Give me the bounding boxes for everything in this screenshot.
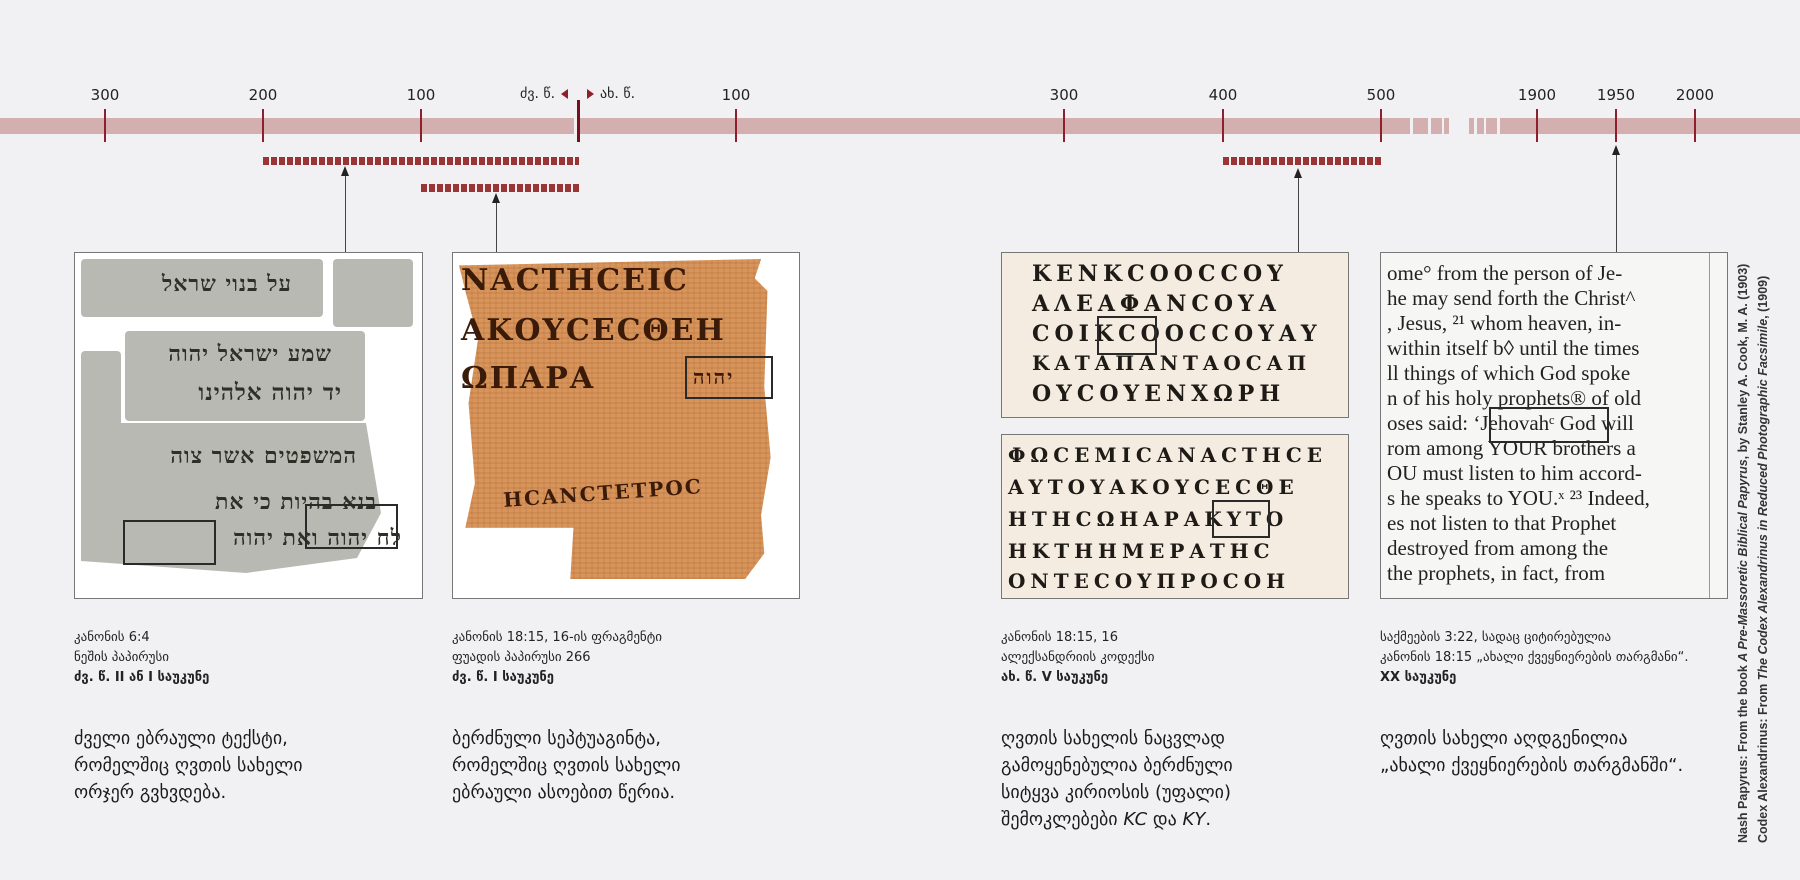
caption-fouad: კანონის 18:15, 16-ის ფრაგმენტი ფუადის პა…	[452, 628, 662, 688]
caption-date: ახ. წ. V საუკუნე	[1001, 668, 1155, 688]
caption-source: ალექსანდრიის კოდექსი	[1001, 648, 1155, 668]
greek-line: ΚΑΤΑΠΑΝΤΑΟCΑΠ	[1032, 351, 1311, 375]
tick-1950	[1615, 109, 1617, 142]
era-bce-text: ძვ. წ.	[520, 86, 555, 102]
tick-label: 400	[1209, 86, 1238, 104]
caption-date: XX საუკუნე	[1380, 668, 1689, 688]
credit-text: , (1909)	[1756, 276, 1770, 319]
caption-source: ნეშის პაპირუსი	[74, 648, 209, 668]
credit-alexandrinus: Codex Alexandrinus: From The Codex Alexa…	[1753, 264, 1773, 843]
caption-reference: კანონის 18:15, 16	[1001, 628, 1155, 648]
era-divider	[577, 100, 580, 142]
range-fouad-papyrus	[421, 184, 579, 192]
tick-label: 2000	[1676, 86, 1714, 104]
papyrus-fragment	[459, 259, 777, 579]
description-fouad: ბერძნული სეპტუაგინტა, რომელშიც ღვთის სახ…	[452, 725, 681, 806]
description-line: „ახალი ქვეყნიერების თარგმანში“.	[1380, 752, 1683, 779]
tick-label: 300	[1050, 86, 1079, 104]
tick-200-bce	[262, 109, 264, 142]
timeline-bar-left	[0, 118, 1410, 134]
greek-line: ΟΝΤΕCΟΥΠΡΟCΟΗ	[1008, 569, 1290, 593]
description-line: ებრაული ასოებით წერია.	[452, 779, 681, 806]
divine-name-highlight	[123, 520, 216, 565]
era-ce-text: ახ. წ.	[600, 86, 635, 102]
description-alexandrinus: ღვთის სახელის ნაცვლად გამოყენებულია ბერძ…	[1001, 725, 1233, 833]
timeline-gap	[1428, 118, 1431, 134]
timeline-gap	[1410, 118, 1413, 134]
timeline-gap	[1449, 118, 1469, 134]
nwt-line: es not listen to that Prophet	[1387, 511, 1616, 535]
tick-100-bce	[420, 109, 422, 142]
image-credits: Nash Papyrus: From the book A Pre-Massor…	[1733, 264, 1773, 843]
arrow-fouad	[496, 203, 497, 252]
tick-300-ce	[1063, 109, 1065, 142]
codex-alexandrinus-image-top: ΚΕΝΚCΟΟCCΟΥ ΑΛΕΑΦΑΝCΟΥΑ COΙΚCΟΟCCΟΥΑΥ ΚΑ…	[1001, 252, 1349, 418]
greek-line: ΝΑCΤΗCΕΙC	[461, 263, 689, 298]
tick-label: 500	[1367, 86, 1396, 104]
abbrev-kc: KC	[1123, 809, 1147, 830]
caption-reference: საქმეების 3:22, სადაც ციტირებულია	[1380, 628, 1689, 648]
tick-label: 300	[91, 86, 120, 104]
timeline-gap	[1497, 118, 1500, 134]
tick-label: 200	[249, 86, 278, 104]
description-line: ბერძნული სეპტუაგინტა,	[452, 725, 681, 752]
greek-line: ΗΚΤΗΗΜΕΡΑΤΗC	[1008, 539, 1275, 563]
description-nwt: ღვთის სახელი აღდგენილია „ახალი ქვეყნიერე…	[1380, 725, 1683, 779]
nwt-line: , Jesus, ²¹ whom heaven, in-	[1387, 311, 1621, 335]
caption-date: ძვ. წ. II ან I საუკუნე	[74, 668, 209, 688]
credit-text: Nash Papyrus: From the book	[1736, 662, 1750, 843]
nash-papyrus-image: על בנוי שראל שמע ישראל יהוה יד יהוה אלהי…	[74, 252, 423, 599]
description-line: ორჯერ გვხვდება.	[74, 779, 303, 806]
caption-reference: კანონის 6:4	[74, 628, 209, 648]
codex-alexandrinus-image-bottom: ΦΩCΕΜΙCΑΝΑCΤΗCΕ ΑΥΤΟΥΑΚΟΥCΕCΘΕ ΗΤΗCΩΗΑΡΑ…	[1001, 434, 1349, 599]
caption-date: ძვ. წ. I საუკუნე	[452, 668, 662, 688]
greek-line: ΟΥCΟΥΕΝΧΩΡΗ	[1032, 381, 1285, 407]
tick-label: 1950	[1597, 86, 1635, 104]
hebrew-line: המשפטים אשר צוה	[170, 443, 357, 469]
timeline-break-seg	[1477, 118, 1484, 134]
caption-nash: კანონის 6:4 ნეშის პაპირუსი ძვ. წ. II ან …	[74, 628, 209, 688]
new-world-translation-image: ome° from the person of Je- he may send …	[1380, 252, 1728, 599]
era-bce-label: ძვ. წ.	[520, 86, 568, 102]
nwt-margin-column	[1709, 253, 1727, 598]
caption-source: ფუადის პაპირუსი 266	[452, 648, 662, 668]
tick-2000	[1694, 109, 1696, 142]
range-codex-alexandrinus	[1223, 157, 1381, 165]
arrow-alexandrinus	[1298, 178, 1299, 252]
greek-line: ΑΚΟΥCΕCΘΕΗ	[461, 313, 726, 348]
credit-title: A Pre-Massoretic Biblical Papyrus	[1736, 459, 1750, 661]
nwt-line: ome° from the person of Je-	[1387, 261, 1622, 285]
greek-line: ΚΕΝΚCΟΟCCΟΥ	[1032, 261, 1288, 287]
range-nash-papyrus	[263, 157, 579, 165]
caption-alexandrinus: კანონის 18:15, 16 ალექსანდრიის კოდექსი ა…	[1001, 628, 1155, 688]
timeline-gap	[1474, 118, 1477, 134]
nwt-line: within itself b◊ until the times	[1387, 336, 1639, 360]
abbrev-ky: KY	[1183, 809, 1206, 830]
tick-100-ce	[735, 109, 737, 142]
arrow-left-icon	[561, 89, 568, 99]
greek-line: ΑΛΕΑΦΑΝCΟΥΑ	[1032, 291, 1281, 317]
divine-name-highlight	[305, 504, 398, 549]
description-text: და	[1147, 809, 1182, 830]
description-nash: ძველი ებრაული ტექსტი, რომელშიც ღვთის სახ…	[74, 725, 303, 806]
tick-300-bce	[104, 109, 106, 142]
nwt-line: destroyed from among the	[1387, 536, 1608, 560]
description-text: შემოკლებები	[1001, 809, 1123, 830]
greek-line: ΩΠΑΡΑ	[461, 361, 595, 396]
description-line: ღვთის სახელის ნაცვლად	[1001, 725, 1233, 752]
greek-line: ΦΩCΕΜΙCΑΝΑCΤΗCΕ	[1008, 443, 1327, 467]
greek-line: COΙΚCΟΟCCΟΥΑΥ	[1032, 321, 1322, 347]
divine-name-highlight	[1212, 500, 1270, 538]
divine-name-highlight	[685, 356, 773, 399]
description-line: ღვთის სახელი აღდგენილია	[1380, 725, 1683, 752]
era-ce-label: ახ. წ.	[587, 86, 635, 102]
description-line: ძველი ებრაული ტექსტი,	[74, 725, 303, 752]
nwt-line: OU must listen to him accord-	[1387, 461, 1642, 485]
credit-text: Codex Alexandrinus: From	[1756, 680, 1770, 843]
nwt-line: he may send forth the Christ^	[1387, 286, 1635, 310]
timeline-break-seg	[1431, 118, 1442, 134]
arrow-nwt	[1616, 155, 1617, 252]
tick-label: 100	[722, 86, 751, 104]
description-line: რომელშიც ღვთის სახელი	[452, 752, 681, 779]
hebrew-line: על בנוי שראל	[162, 271, 292, 297]
description-text: .	[1205, 809, 1211, 830]
hebrew-line: יד יהוה אלהינו	[198, 379, 342, 406]
timeline-break-seg	[1413, 118, 1428, 134]
description-line: სიტყვა კირიოსის (უფალი)	[1001, 779, 1233, 806]
timeline-bar-right	[1500, 118, 1800, 134]
divine-name-highlight	[1489, 407, 1609, 443]
nwt-line: the prophets, in fact, from	[1387, 561, 1605, 585]
caption-nwt: საქმეების 3:22, სადაც ციტირებულია კანონი…	[1380, 628, 1689, 688]
description-line: გამოყენებულია ბერძნული	[1001, 752, 1233, 779]
credit-title: The Codex Alexandrinus in Reduced Photog…	[1756, 319, 1770, 680]
tick-500-ce	[1380, 109, 1382, 142]
caption-reference: კანონის 18:15, 16-ის ფრაგმენტი	[452, 628, 662, 648]
tick-1900	[1536, 109, 1538, 142]
timeline-gap	[1442, 118, 1444, 134]
fragment	[333, 259, 413, 327]
greek-line: ΑΥΤΟΥΑΚΟΥCΕCΘΕ	[1008, 475, 1299, 499]
description-line: რომელშიც ღვთის სახელი	[74, 752, 303, 779]
nwt-line: ll things of which God spoke	[1387, 361, 1630, 385]
timeline-gap	[1484, 118, 1486, 134]
caption-source: კანონის 18:15 „ახალი ქვეყნიერების თარგმა…	[1380, 648, 1689, 668]
hebrew-line: שמע ישראל יהוה	[168, 341, 332, 367]
description-line: შემოკლებები KC და KY.	[1001, 806, 1233, 833]
credit-nash: Nash Papyrus: From the book A Pre-Massor…	[1733, 264, 1753, 843]
tick-label: 1900	[1518, 86, 1556, 104]
credit-text: , by Stanley A. Cook, M. A. (1903)	[1736, 264, 1750, 460]
timeline-break-seg	[1486, 118, 1497, 134]
nwt-line: s he speaks to YOU.ˣ ²³ Indeed,	[1387, 486, 1650, 510]
divine-name-highlight	[1097, 316, 1157, 355]
tick-400-ce	[1222, 109, 1224, 142]
arrow-nash	[345, 176, 346, 252]
tick-label: 100	[407, 86, 436, 104]
fouad-papyrus-image: ΝΑCΤΗCΕΙC ΑΚΟΥCΕCΘΕΗ ΩΠΑΡΑ יהוה ΗCΑΝCΤΕΤ…	[452, 252, 800, 599]
arrow-right-icon	[587, 89, 594, 99]
